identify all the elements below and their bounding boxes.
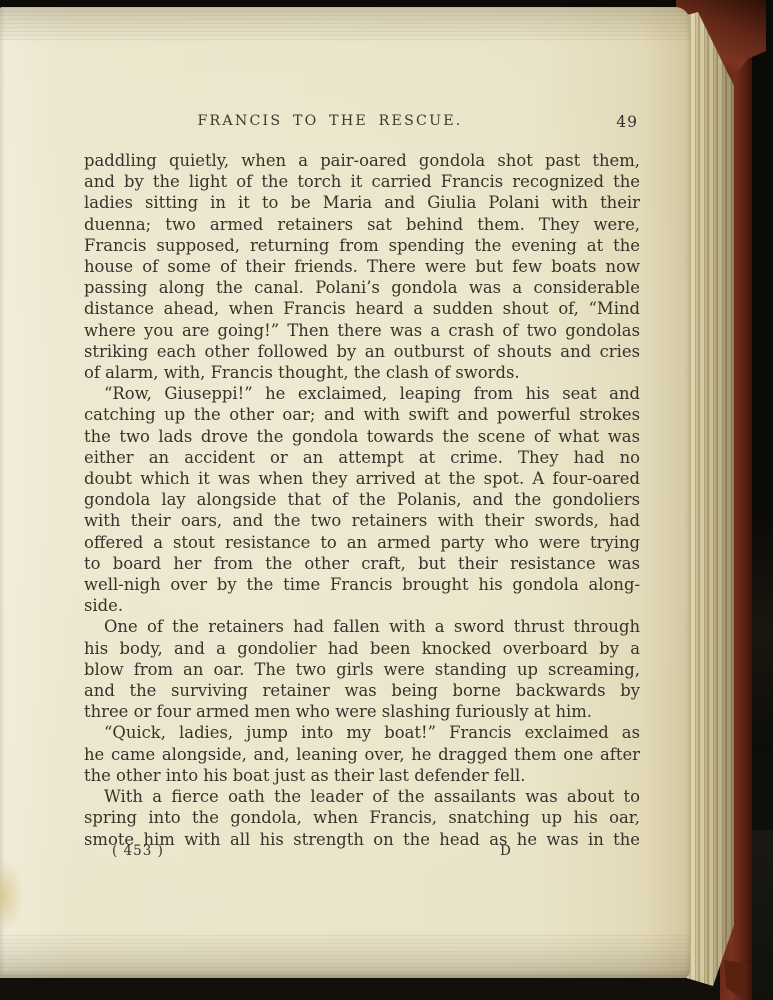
text-line: offered a stout resistance to an armed p… — [84, 532, 640, 553]
text-line: blow from an oar. The two girls were sta… — [84, 659, 640, 680]
paragraph: One of the retainers had fallen with a s… — [84, 616, 640, 722]
text-block: FRANCIS TO THE RESCUE. 49 paddling quiet… — [84, 113, 640, 865]
text-line: and by the light of the torch it carried… — [84, 171, 640, 192]
text-line: gondola lay alongside that of the Polani… — [84, 489, 640, 510]
text-line: where you are going!” Then there was a c… — [84, 320, 640, 341]
text-line: to board her from the other craft, but t… — [84, 553, 640, 574]
page-fore-edge — [684, 12, 734, 988]
paragraph: “Row, Giuseppi!” he exclaimed, leaping f… — [84, 383, 640, 616]
text-line: his body, and a gondolier had been knock… — [84, 638, 640, 659]
text-line: striking each other followed by an outbu… — [84, 341, 640, 362]
text-line: One of the retainers had fallen with a s… — [84, 616, 640, 637]
page-number: 49 — [616, 113, 638, 131]
text-line: and the surviving retainer was being bor… — [84, 680, 640, 701]
text-line: either an accident or an attempt at crim… — [84, 447, 640, 468]
text-line: he came alongside, and, leaning over, he… — [84, 744, 640, 765]
text-line: catching up the other oar; and with swif… — [84, 404, 640, 425]
book-photo: FRANCIS TO THE RESCUE. 49 paddling quiet… — [0, 0, 773, 1000]
text-line: paddling quietly, when a pair-oared gond… — [84, 150, 640, 171]
paper-stain — [0, 859, 24, 933]
text-line: duenna; two armed retainers sat behind t… — [84, 214, 640, 235]
body-text: paddling quietly, when a pair-oared gond… — [84, 150, 640, 850]
running-title: FRANCIS TO THE RESCUE. — [84, 113, 640, 129]
printer-signature: D — [500, 843, 511, 859]
text-line: side. — [84, 595, 640, 616]
paragraph: “Quick, ladies, jump into my boat!” Fran… — [84, 722, 640, 786]
text-line: Francis supposed, returning from spendin… — [84, 235, 640, 256]
page-header: FRANCIS TO THE RESCUE. 49 — [84, 113, 640, 135]
text-line: “Quick, ladies, jump into my boat!” Fran… — [84, 722, 640, 743]
text-line: With a fierce oath the leader of the ass… — [84, 786, 640, 807]
text-line: distance ahead, when Francis heard a sud… — [84, 298, 640, 319]
text-line: spring into the gondola, when Francis, s… — [84, 807, 640, 828]
text-line: ladies sitting in it to be Maria and Giu… — [84, 192, 640, 213]
text-line: three or four armed men who were slashin… — [84, 701, 640, 722]
text-line: well-nigh over by the time Francis broug… — [84, 574, 640, 595]
signature-mark: ( 453 ) — [112, 843, 164, 859]
text-line: house of some of their friends. There we… — [84, 256, 640, 277]
text-line: doubt which it was when they arrived at … — [84, 468, 640, 489]
text-line: the two lads drove the gondola towards t… — [84, 426, 640, 447]
paragraph: With a fierce oath the leader of the ass… — [84, 786, 640, 850]
book-page: FRANCIS TO THE RESCUE. 49 paddling quiet… — [0, 7, 690, 978]
text-line: of alarm, with, Francis thought, the cla… — [84, 362, 640, 383]
text-line: with their oars, and the two retainers w… — [84, 510, 640, 531]
text-line: “Row, Giuseppi!” he exclaimed, leaping f… — [84, 383, 640, 404]
paragraph: paddling quietly, when a pair-oared gond… — [84, 150, 640, 383]
text-line: passing along the canal. Polani’s gondol… — [84, 277, 640, 298]
page-footer: ( 453 ) D — [84, 843, 640, 865]
text-line: the other into his boat just as their la… — [84, 765, 640, 786]
